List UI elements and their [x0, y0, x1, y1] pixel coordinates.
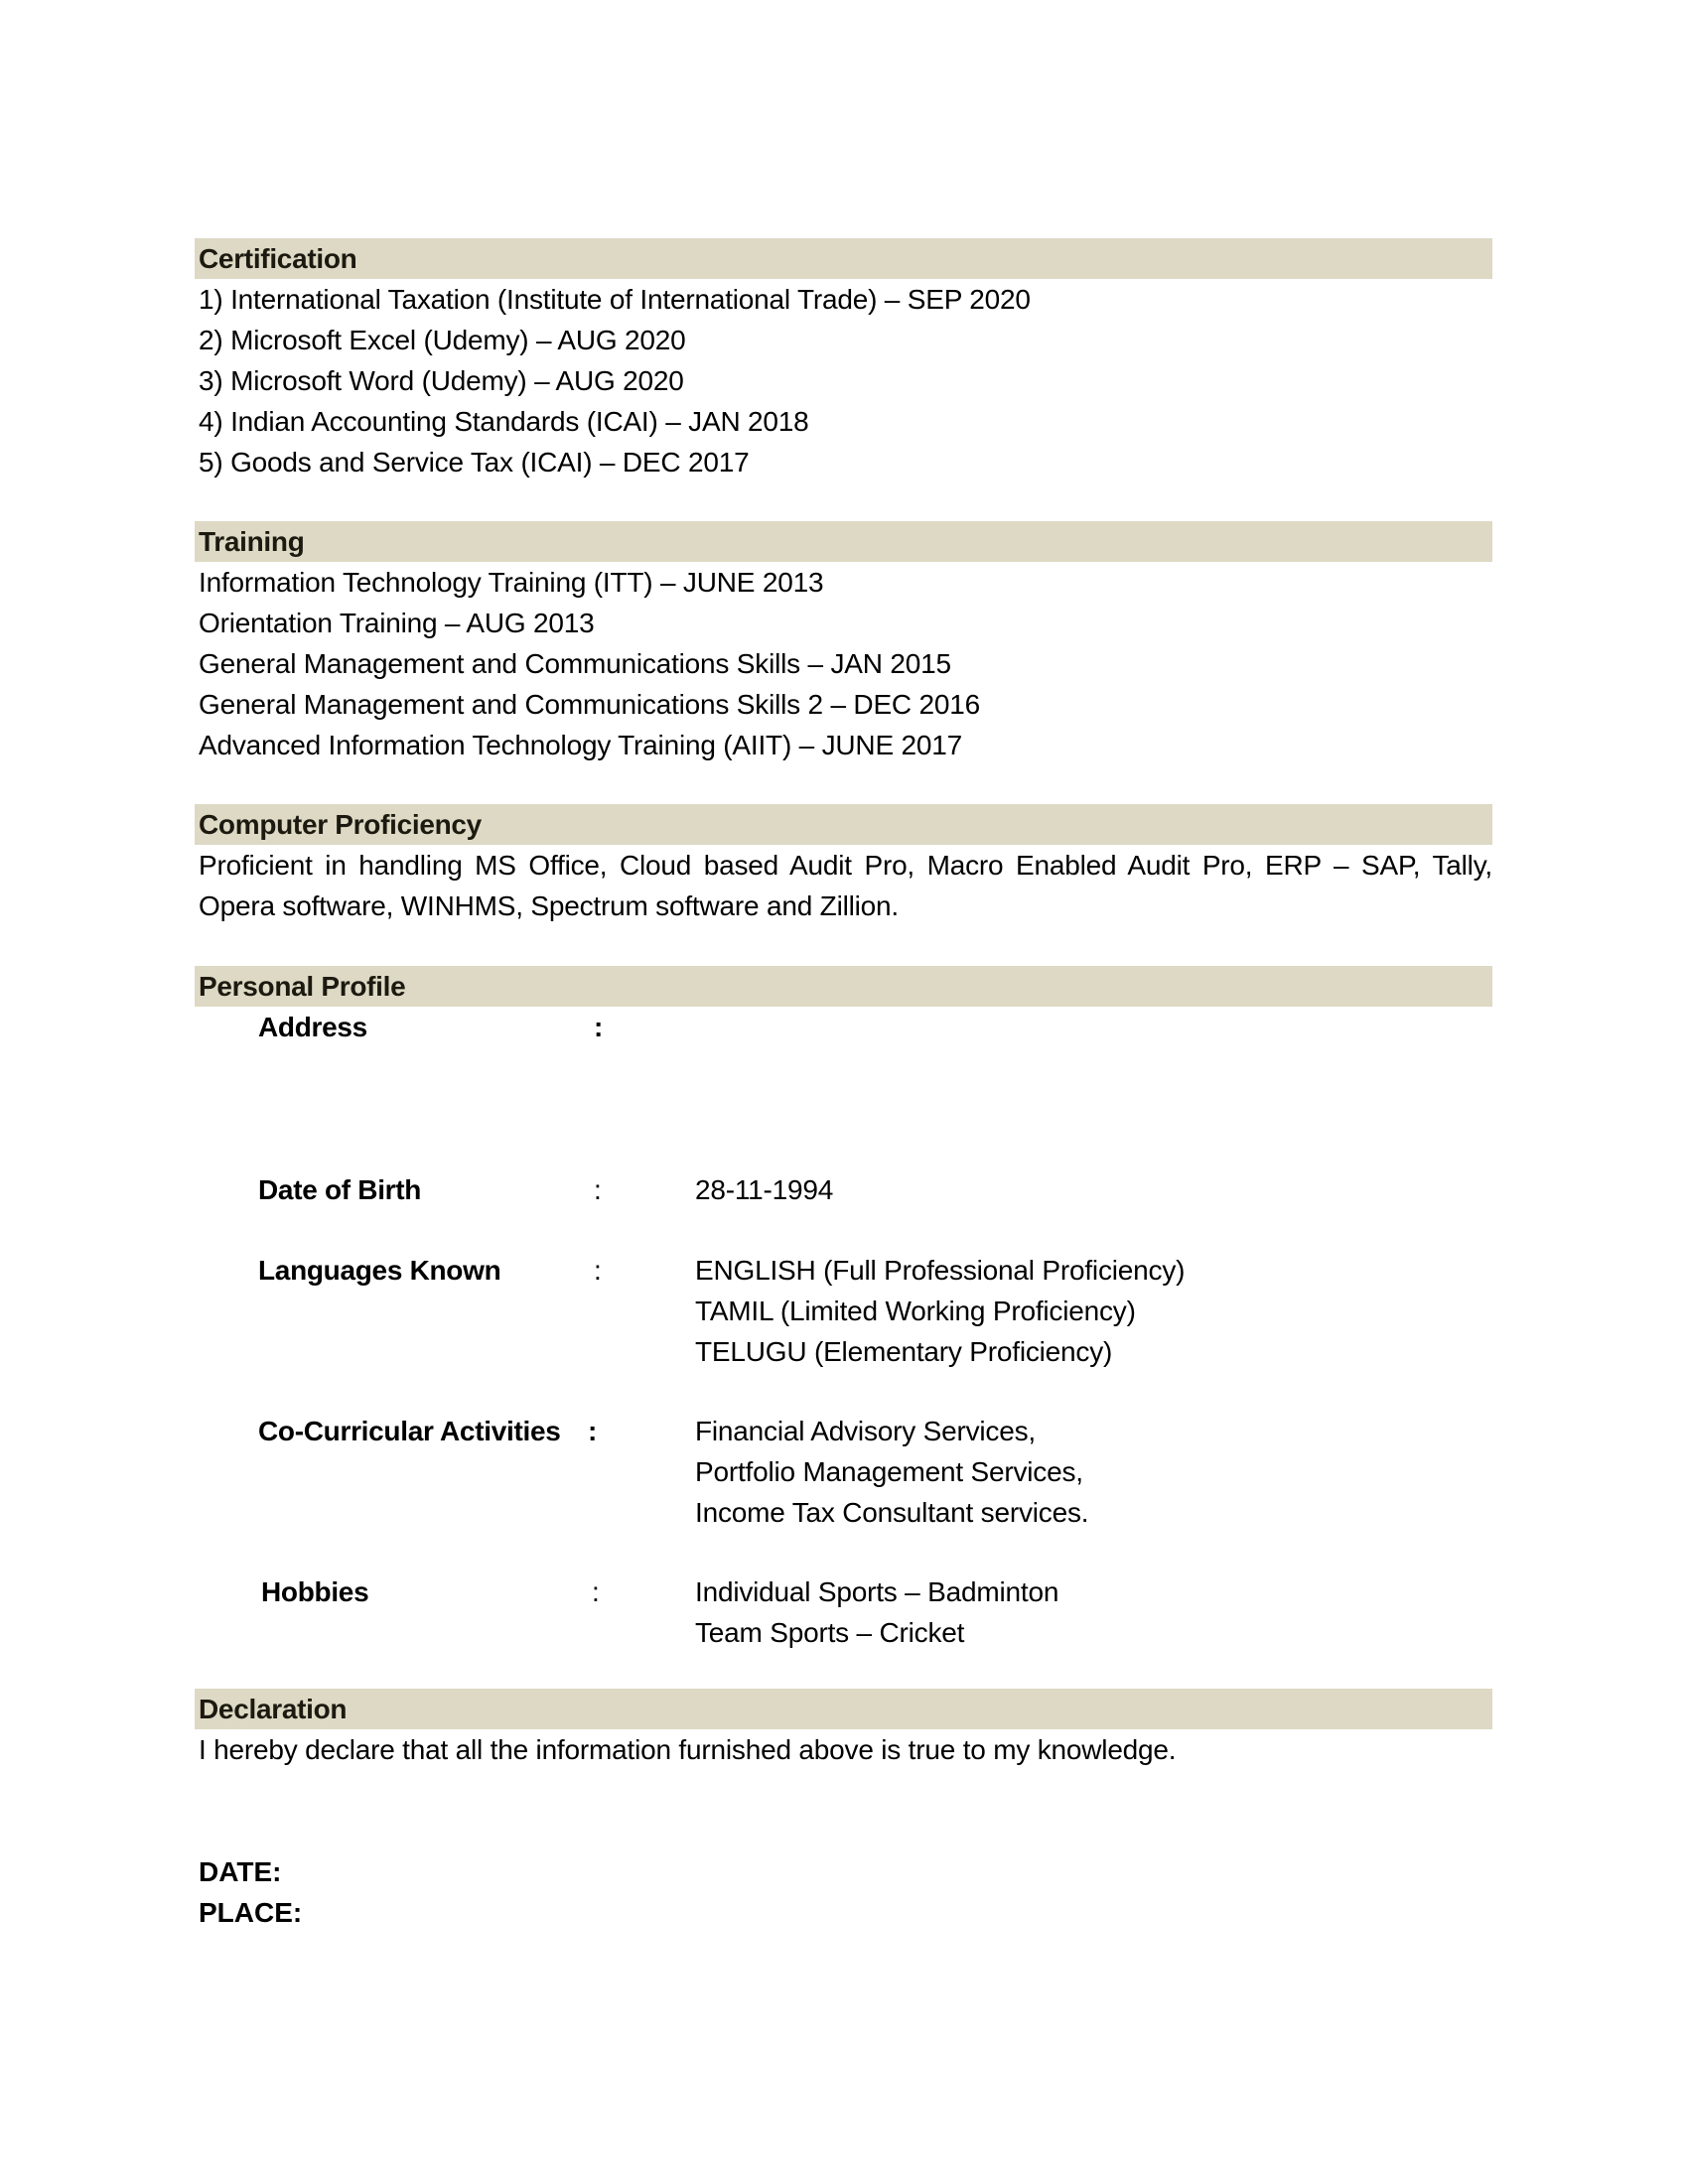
section-title: Personal Profile — [199, 966, 405, 1007]
section-title: Declaration — [199, 1689, 347, 1729]
place-label: PLACE: — [199, 1892, 302, 1933]
training-item: General Management and Communications Sk… — [199, 684, 980, 725]
language-item: TELUGU (Elementary Proficiency) — [695, 1331, 1112, 1372]
address-label: Address — [258, 1007, 367, 1047]
computer-proficiency-text: Proficient in handling MS Office, Cloud … — [199, 845, 1492, 926]
section-title: Certification — [199, 238, 356, 279]
language-item: ENGLISH (Full Professional Proficiency) — [695, 1250, 1185, 1291]
section-header-declaration: Declaration — [195, 1689, 1492, 1729]
co-curricular-item: Portfolio Management Services, — [695, 1451, 1083, 1492]
training-item: Advanced Information Technology Training… — [199, 725, 962, 765]
certification-item: 1) International Taxation (Institute of … — [199, 279, 1031, 320]
co-curricular-colon: : — [588, 1411, 597, 1451]
certification-item: 4) Indian Accounting Standards (ICAI) – … — [199, 401, 809, 442]
co-curricular-label: Co-Curricular Activities — [258, 1411, 561, 1451]
declaration-text: I hereby declare that all the informatio… — [199, 1729, 1176, 1770]
section-header-computer-proficiency: Computer Proficiency — [195, 804, 1492, 845]
certification-item: 2) Microsoft Excel (Udemy) – AUG 2020 — [199, 320, 686, 360]
languages-colon: : — [594, 1250, 602, 1291]
hobbies-label: Hobbies — [261, 1571, 368, 1612]
section-header-personal-profile: Personal Profile — [195, 966, 1492, 1007]
co-curricular-item: Financial Advisory Services, — [695, 1411, 1036, 1451]
date-label: DATE: — [199, 1851, 281, 1892]
training-item: General Management and Communications Sk… — [199, 643, 951, 684]
hobbies-colon: : — [592, 1571, 600, 1612]
resume-page: Certification 1) International Taxation … — [0, 0, 1688, 2184]
hobby-item: Team Sports – Cricket — [695, 1612, 964, 1653]
section-header-certification: Certification — [195, 238, 1492, 279]
certification-item: 5) Goods and Service Tax (ICAI) – DEC 20… — [199, 442, 749, 482]
dob-label: Date of Birth — [258, 1169, 421, 1210]
hobby-item: Individual Sports – Badminton — [695, 1571, 1058, 1612]
languages-label: Languages Known — [258, 1250, 500, 1291]
section-header-training: Training — [195, 521, 1492, 562]
section-title: Training — [199, 521, 305, 562]
co-curricular-item: Income Tax Consultant services. — [695, 1492, 1088, 1533]
training-item: Information Technology Training (ITT) – … — [199, 562, 823, 603]
certification-item: 3) Microsoft Word (Udemy) – AUG 2020 — [199, 360, 684, 401]
training-item: Orientation Training – AUG 2013 — [199, 603, 595, 643]
address-colon: : — [594, 1007, 603, 1047]
dob-colon: : — [594, 1169, 602, 1210]
dob-value: 28-11-1994 — [695, 1169, 833, 1210]
language-item: TAMIL (Limited Working Proficiency) — [695, 1291, 1136, 1331]
section-title: Computer Proficiency — [199, 804, 482, 845]
